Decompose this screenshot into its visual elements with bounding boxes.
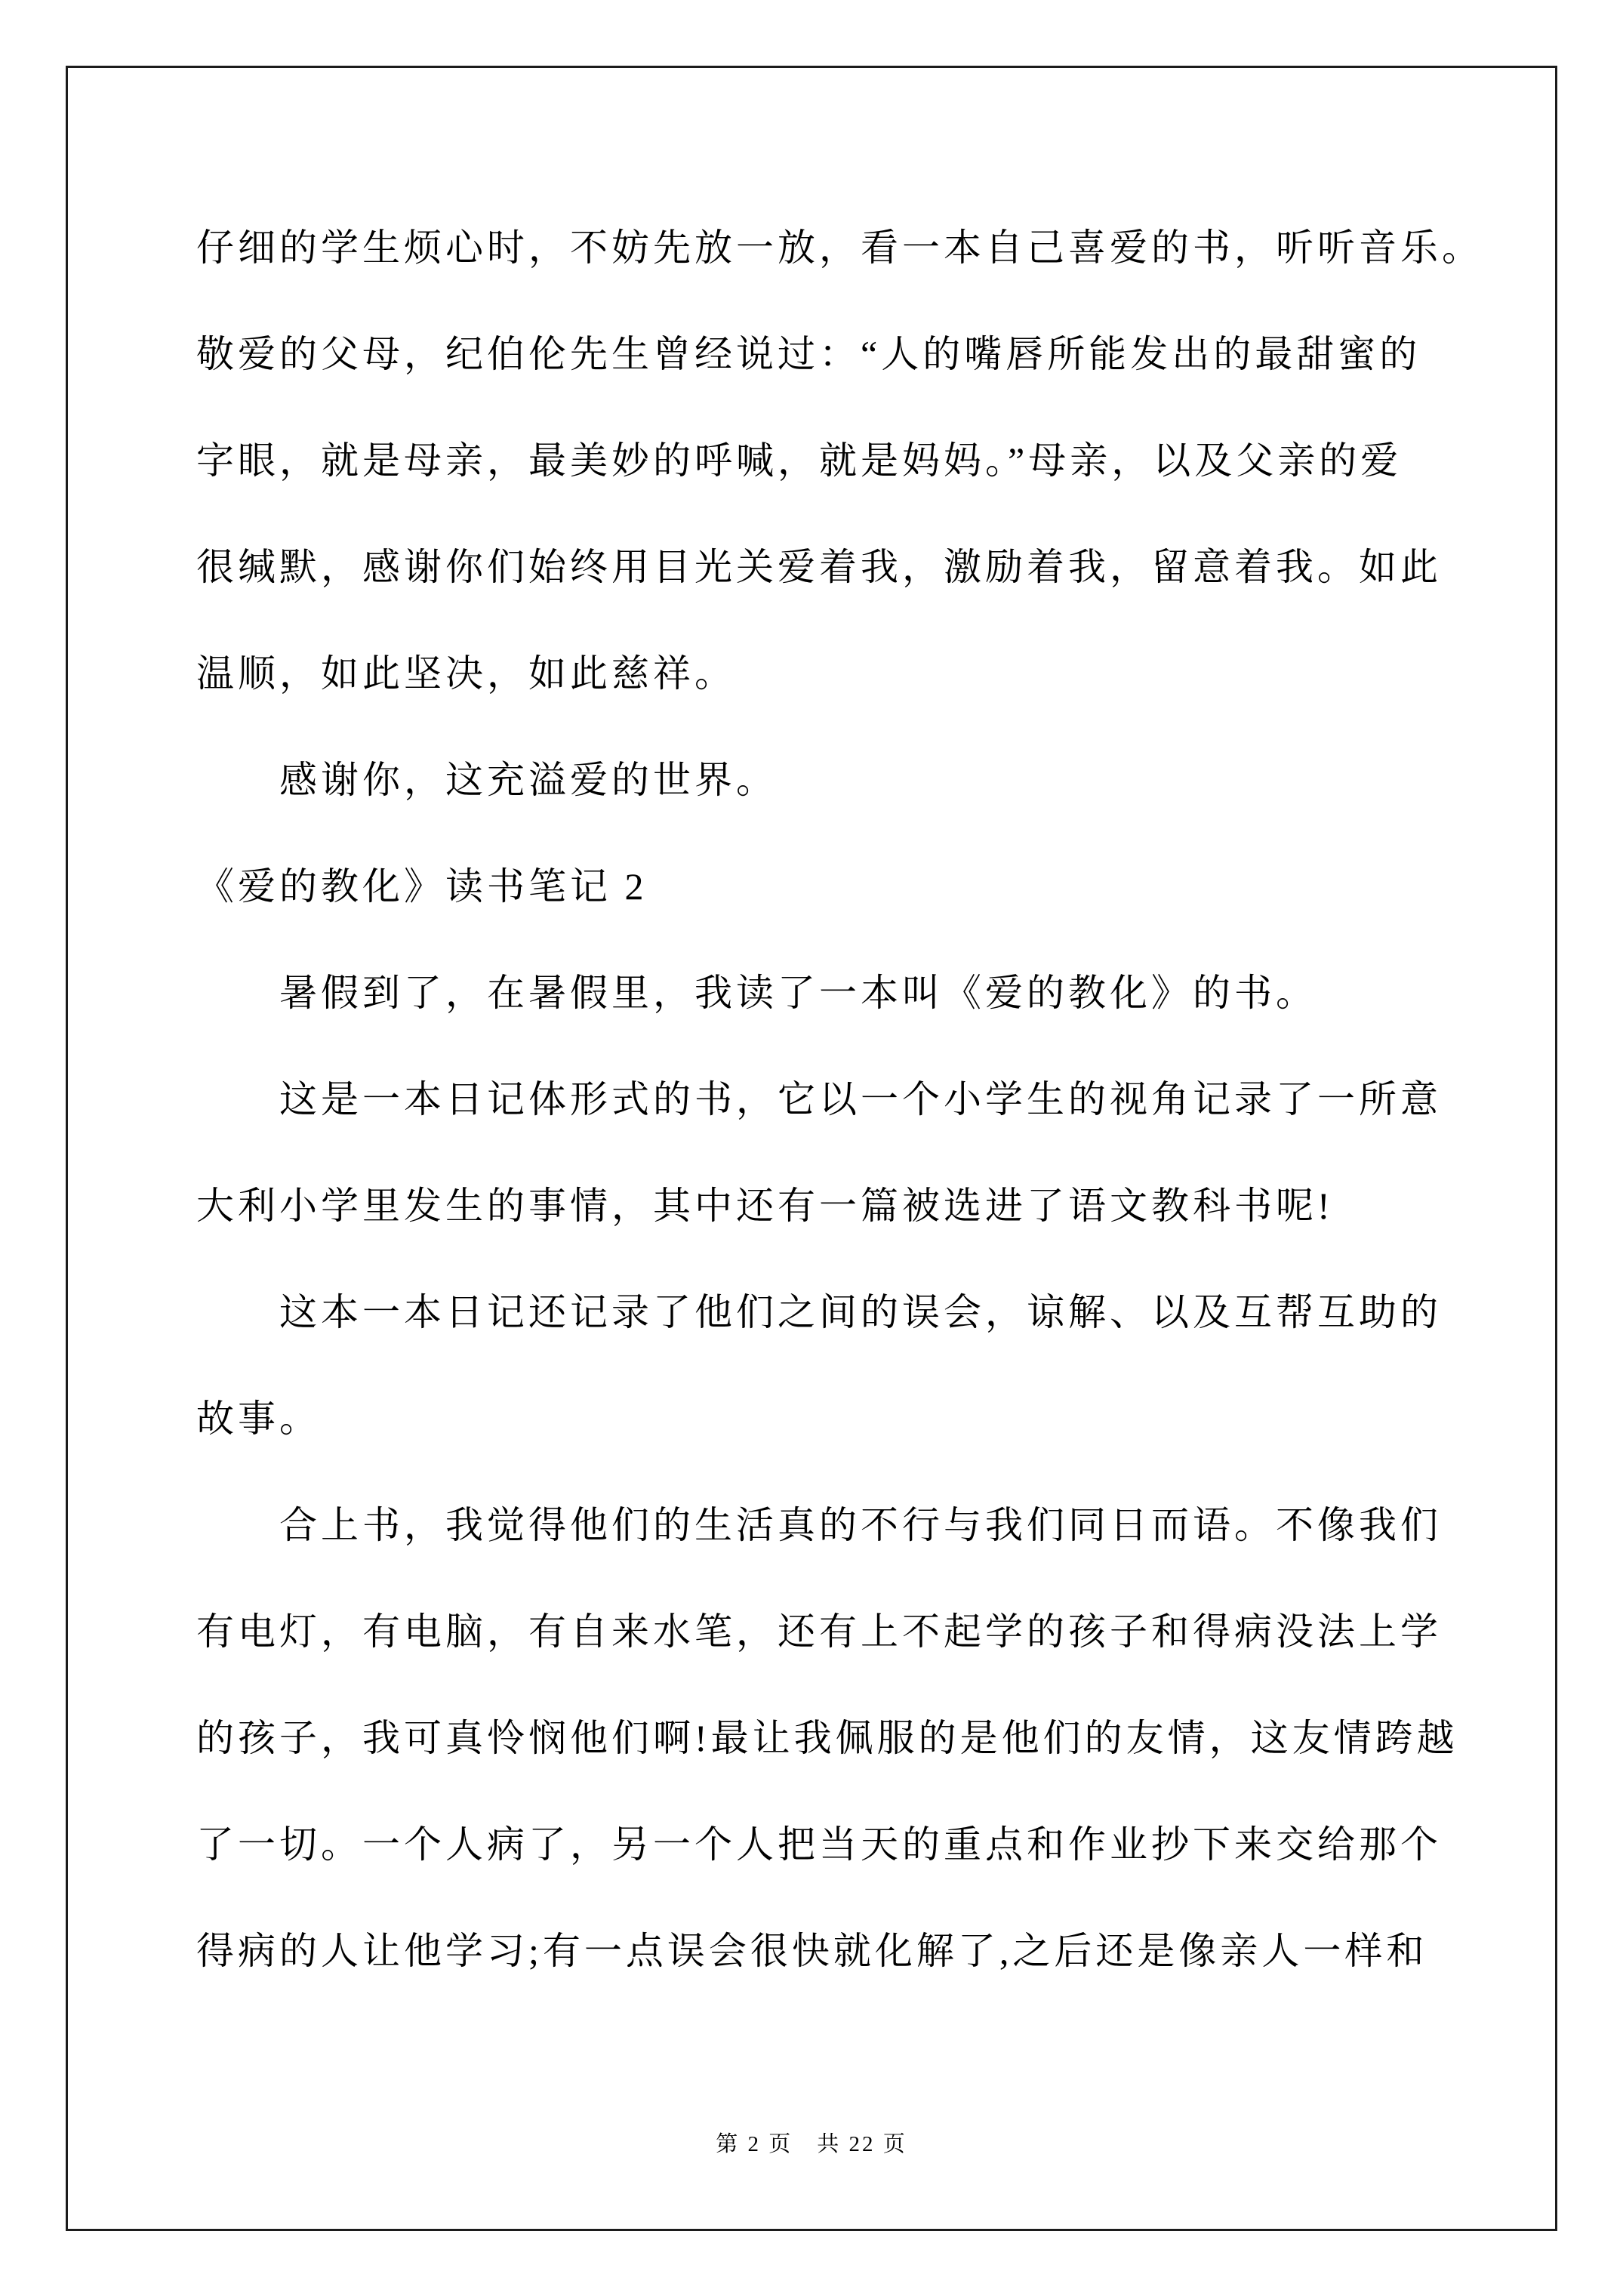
- text-line: 暑假到了，在暑假里，我读了一本叫《爱的教化》的书。: [196, 940, 1495, 1046]
- text-line: 敬爱的父母，纪伯伦先生曾经说过：“人的嘴唇所能发出的最甜蜜的: [196, 301, 1495, 408]
- text-line: 这本一本日记还记录了他们之间的误会，谅解、以及互帮互助的: [196, 1259, 1495, 1366]
- text-line: 有电灯，有电脑，有自来水笔，还有上不起学的孩子和得病没法上学: [196, 1579, 1495, 1685]
- text-line: 这是一本日记体形式的书，它以一个小学生的视角记录了一所意: [196, 1046, 1495, 1153]
- text-line: 故事。: [196, 1366, 1495, 1472]
- section-heading: 《爱的教化》读书笔记 2: [196, 834, 1495, 940]
- text-line: 感谢你，这充溢爱的世界。: [196, 727, 1495, 834]
- text-line: 字眼，就是母亲，最美妙的呼喊，就是妈妈。”母亲，以及父亲的爱: [196, 408, 1495, 514]
- text-line: 得病的人让他学习;有一点误会很快就化解了,之后还是像亲人一样和: [196, 1898, 1495, 2005]
- page-footer: 第 2 页 共 22 页: [0, 2122, 1623, 2167]
- text-line: 仔细的学生烦心时，不妨先放一放，看一本自己喜爱的书，听听音乐。: [196, 195, 1495, 301]
- text-line: 温顺，如此坚决，如此慈祥。: [196, 621, 1495, 727]
- text-line: 合上书，我觉得他们的生活真的不行与我们同日而语。不像我们: [196, 1472, 1495, 1579]
- document-page: { "doc": { "lines": [ { "text": "仔细的学生烦心…: [0, 0, 1623, 2296]
- text-line: 了一切。一个人病了，另一个人把当天的重点和作业抄下来交给那个: [196, 1792, 1495, 1898]
- text-line: 的孩子，我可真怜悯他们啊!最让我佩服的是他们的友情，这友情跨越: [196, 1685, 1495, 1792]
- text-line: 大利小学里发生的事情，其中还有一篇被选进了语文教科书呢!: [196, 1153, 1495, 1259]
- text-line: 很缄默，感谢你们始终用目光关爱着我，激励着我，留意着我。如此: [196, 514, 1495, 621]
- text-block: 仔细的学生烦心时，不妨先放一放，看一本自己喜爱的书，听听音乐。 敬爱的父母，纪伯…: [196, 195, 1495, 2005]
